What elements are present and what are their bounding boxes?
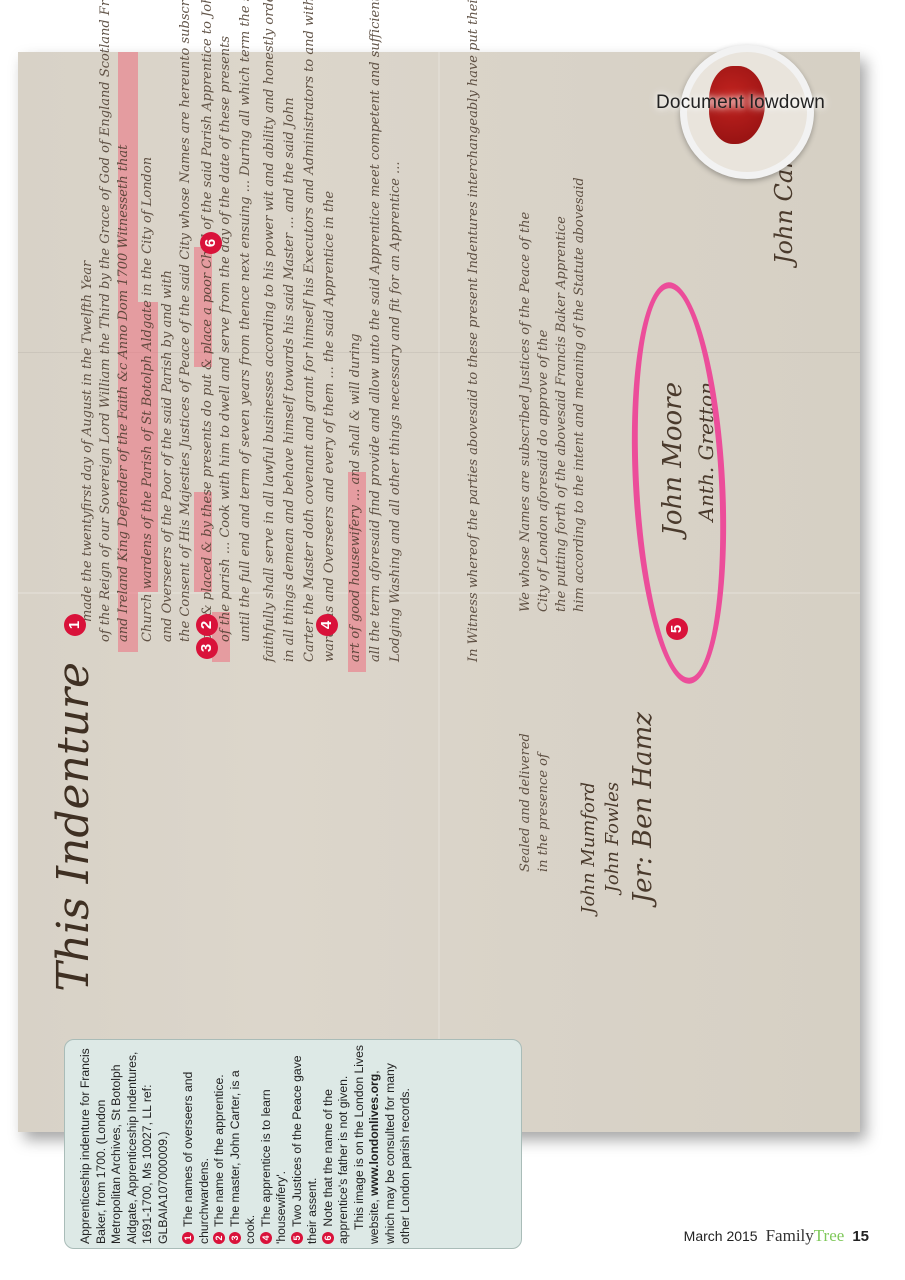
- caption-item: 3 The master, John Carter, is a cook.: [228, 1044, 259, 1244]
- caption-intro: Apprenticeship indenture for Francis Bak…: [78, 1044, 171, 1244]
- marker-3: 3: [196, 637, 218, 659]
- document-line: until the full end and term of seven yea…: [238, 62, 253, 642]
- indenture-document: This Indenture made the twentyfirst day …: [18, 52, 860, 1132]
- document-line: Church wardens of the Parish of St Botol…: [140, 62, 155, 642]
- document-title-script: This Indenture: [48, 662, 99, 992]
- justices-line: We whose Names are subscribed Justices o…: [518, 232, 533, 612]
- caption-item: 5 Two Justices of the Peace gave their a…: [290, 1044, 321, 1244]
- number-badge-icon: 5: [291, 1232, 303, 1244]
- marker-5: 5: [666, 618, 688, 640]
- document-line: in all things demean and behave himself …: [282, 62, 297, 662]
- document-line: faithfully shall serve in all lawful bus…: [262, 62, 277, 662]
- sealed-line: Sealed and delivered: [518, 672, 533, 872]
- caption-box: Apprenticeship indenture for Francis Bak…: [64, 1039, 522, 1249]
- document-line: Lodging Washing and all other things nec…: [388, 62, 403, 662]
- document-line: and Ireland King Defender of the Faith &…: [116, 62, 131, 642]
- document-line: the Consent of His Majesties Justices of…: [178, 62, 193, 642]
- document-line: all the term aforesaid find provide and …: [368, 62, 383, 662]
- justices-line: City of London aforesaid do approve of t…: [536, 232, 551, 612]
- caption-item: 2 The name of the apprentice.: [212, 1044, 228, 1244]
- document-line: of the Reign of our Sovereign Lord Willi…: [98, 62, 113, 642]
- witness-signature: John Mumford: [578, 782, 599, 914]
- document-line: Carter the Master doth covenant and gran…: [302, 62, 317, 662]
- number-badge-icon: 1: [182, 1232, 194, 1244]
- marker-2: 2: [196, 614, 218, 636]
- caption-item: 6 Note that the name of the apprentice's…: [321, 1044, 352, 1244]
- number-badge-icon: 4: [260, 1232, 272, 1244]
- section-label: Document lowdown: [656, 92, 825, 114]
- witness-signature: John Fowles: [602, 782, 623, 892]
- marker-1: 1: [64, 614, 86, 636]
- marker-4: 4: [316, 614, 338, 636]
- caption-item: 4 The apprentice is to learn 'housewifer…: [259, 1044, 290, 1244]
- document-line: made the twentyfirst day of August in th…: [80, 62, 95, 622]
- page-footer: March 2015 FamilyTree 15: [684, 1226, 869, 1246]
- caption-text: Apprenticeship indenture for Francis Bak…: [78, 1044, 508, 1244]
- marker-6: 6: [200, 232, 222, 254]
- number-badge-icon: 6: [322, 1232, 334, 1244]
- page-number: 15: [852, 1228, 869, 1245]
- number-badge-icon: 2: [213, 1232, 225, 1244]
- caption-item: 1 The names of overseers and churchwarde…: [181, 1044, 212, 1244]
- document-line: put & placed & by these presents do put …: [200, 62, 215, 642]
- clerk-signature: Jer: Ben Hamz: [628, 712, 658, 903]
- document-line: In Witness whereof the parties abovesaid…: [466, 62, 481, 662]
- justices-line: him according to the intent and meaning …: [572, 232, 587, 612]
- sealed-line: in the presence of: [536, 672, 551, 872]
- number-badge-icon: 3: [229, 1232, 241, 1244]
- document-line: of the parish ... Cook with him to dwell…: [218, 62, 233, 642]
- document-line: wardens and Overseers and every of them …: [322, 62, 337, 662]
- issue-date: March 2015: [684, 1228, 758, 1244]
- document-line: and Overseers of the Poor of the said Pa…: [160, 62, 175, 642]
- magazine-brand: FamilyTree: [766, 1226, 845, 1246]
- caption-note: This image is on the London Lives websit…: [352, 1044, 414, 1244]
- justices-line: the putting forth of the abovesaid Franc…: [554, 232, 569, 612]
- london-lives-link[interactable]: www.londonlives.org: [367, 1074, 381, 1196]
- document-line: art of good housewifery ... and shall & …: [348, 62, 363, 662]
